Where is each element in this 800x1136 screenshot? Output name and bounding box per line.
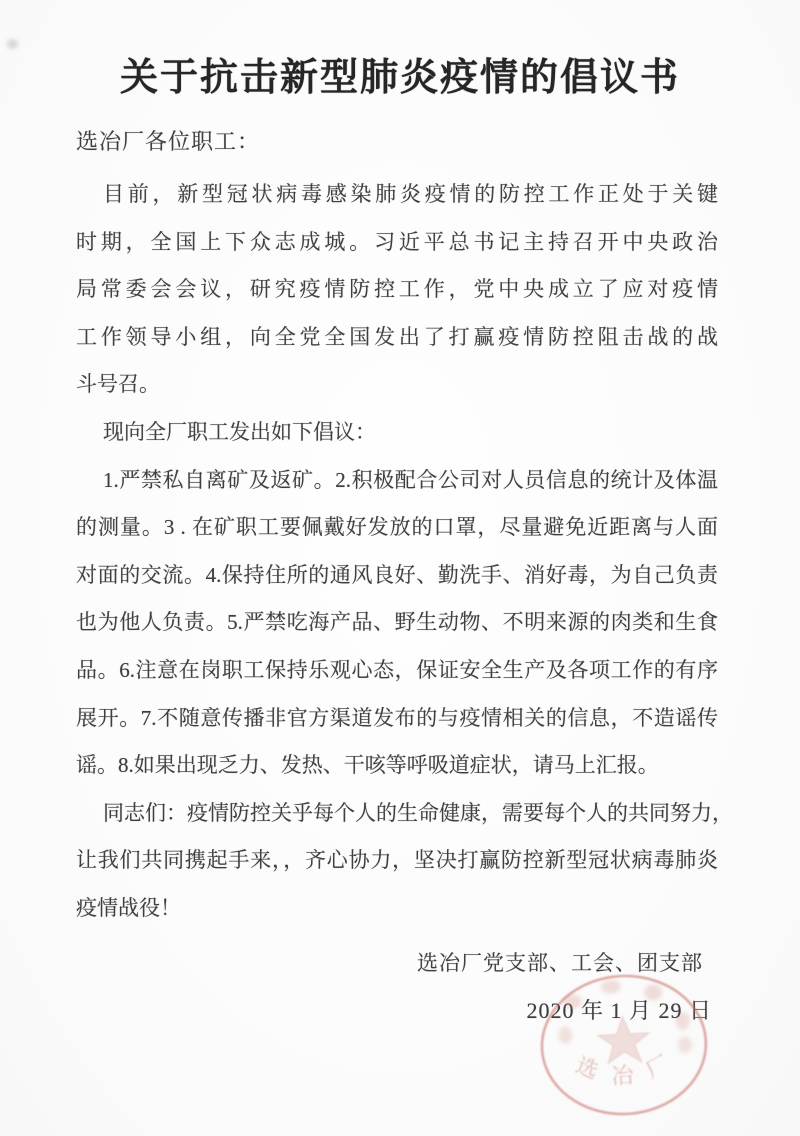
document-page: 关于抗击新型肺炎疫情的倡议书 选冶厂各位职工： 目前，新型冠状病毒感染肺炎疫情的… — [0, 0, 800, 1136]
paragraph-line: 也为他人负责。5.严禁吃海产品、野生动物、不明来源的肉类和生食 — [76, 599, 718, 647]
paragraph-line: 目前，新型冠状病毒感染肺炎疫情的防控工作正处于关键 — [76, 171, 718, 219]
paragraph-line: 局常委会会议，研究疫情防控工作，党中央成立了应对疫情 — [76, 266, 718, 314]
paragraph-line: 品。6.注意在岗职工保持乐观心态，保证安全生产及各项工作的有序 — [76, 647, 718, 695]
scan-smudge-artifact — [7, 39, 18, 49]
signature-line: 选冶厂党支部、工会、团支部 — [0, 939, 703, 987]
paragraph-line: 工作领导小组，向全党全国发出了打赢疫情防控阻击战的战 — [76, 314, 718, 362]
date-line: 2020 年 1 月 29 日 — [0, 987, 712, 1035]
paragraph-line: 疫情战役！ — [76, 885, 718, 933]
paragraph-line: 1.严禁私自离矿及返矿。2.积极配合公司对人员信息的统计及体温 — [76, 457, 718, 505]
paragraph-line: 谣。8.如果出现乏力、发热、干咳等呼吸道症状，请马上汇报。 — [76, 742, 718, 790]
paragraph-line: 现向全厂职工发出如下倡议： — [76, 409, 718, 457]
paragraph-line: 让我们共同携起手来，，齐心协力，坚决打赢防控新型冠状病毒肺炎 — [76, 837, 718, 885]
paragraph-line: 时期，全国上下众志成城。习近平总书记主持召开中央政治 — [76, 219, 718, 267]
paragraph-line: 对面的交流。4.保持住所的通风良好、勤洗手、消好毒，为自己负责 — [76, 552, 718, 600]
paragraph-line: 的测量。3 . 在矿职工要佩戴好发放的口罩，尽量避免近距离与人面 — [76, 504, 718, 552]
paragraph-line: 同志们：疫情防控关乎每个人的生命健康，需要每个人的共同努力， — [76, 790, 718, 838]
salutation-line: 选冶厂各位职工： — [76, 118, 260, 166]
document-body: 目前，新型冠状病毒感染肺炎疫情的防控工作正处于关键 时期，全国上下众志成城。习近… — [76, 171, 718, 933]
stamp-text: 选 冶 厂 — [571, 1047, 679, 1090]
paragraph-line: 展开。7.不随意传播非官方渠道发布的与疫情相关的信息，不造谣传 — [76, 695, 718, 743]
paragraph-line: 斗号召。 — [76, 361, 718, 409]
page-title: 关于抗击新型肺炎疫情的倡议书 — [0, 52, 800, 104]
